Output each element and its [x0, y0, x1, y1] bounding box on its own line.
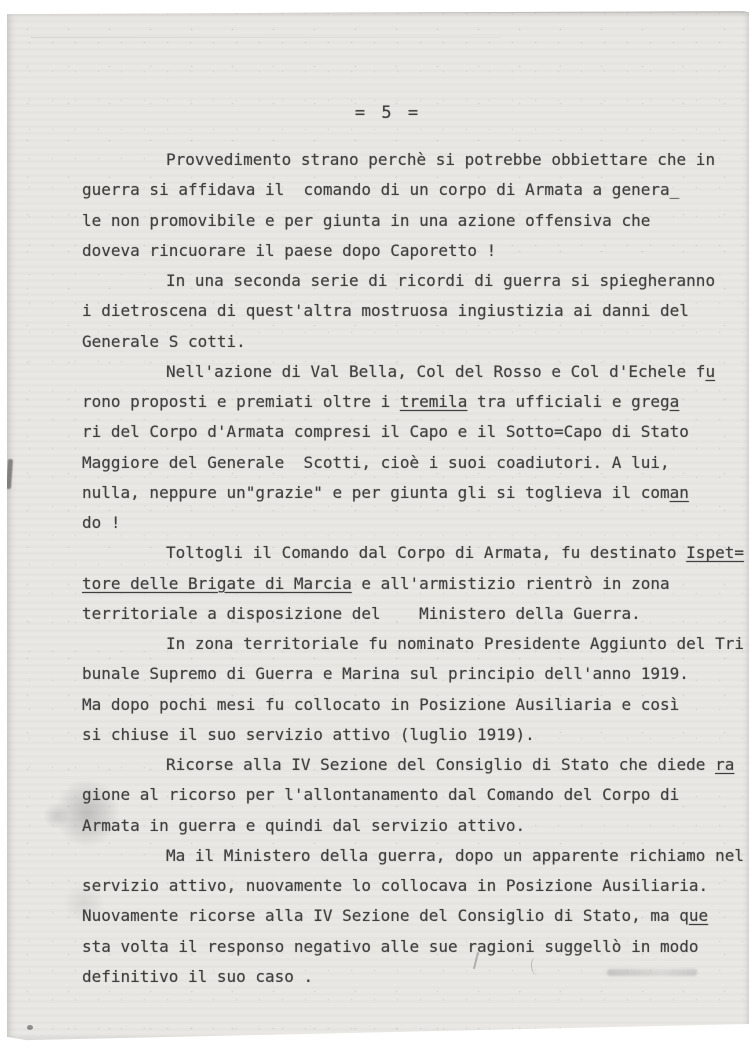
text-line: doveva rincuorare il paese dopo Caporett… — [82, 236, 737, 266]
page-edge-mark — [6, 459, 13, 489]
document-text: Provvedimento strano perchè si potrebbe … — [82, 145, 737, 992]
page-number: = 5 = — [7, 103, 749, 123]
paper-sheet: = 5 = Provvedimento strano perchè si pot… — [7, 11, 749, 1041]
text-line: tore delle Brigate di Marcia e all'armis… — [82, 569, 737, 599]
text-line: Generale S cotti. — [82, 327, 737, 357]
text-line: In zona territoriale fu nominato Preside… — [82, 629, 737, 659]
text-line: territoriale a disposizione del Minister… — [82, 599, 737, 629]
text-line: i dietroscena di quest'altra mostruosa i… — [82, 296, 737, 326]
ink-stain-small — [43, 803, 69, 829]
text-line: le non promovibile e per giunta in una a… — [82, 206, 737, 236]
text-line: servizio attivo, nuovamente lo collocava… — [82, 871, 737, 901]
text-line: ri del Corpo d'Armata compresi il Capo e… — [82, 417, 737, 447]
ink-dot — [27, 1025, 33, 1030]
text-line: Maggiore del Generale Scotti, cioè i suo… — [82, 448, 737, 478]
text-line: bunale Supremo di Guerra e Marina sul pr… — [82, 659, 737, 689]
text-line: sta volta il responso negativo alle sue … — [82, 932, 737, 962]
text-line: nulla, neppure un"grazie" e per giunta g… — [82, 478, 737, 508]
text-line: rono proposti e premiati oltre i tremila… — [82, 387, 737, 417]
text-line: Toltogli il Comando dal Corpo di Armata,… — [82, 538, 737, 568]
text-line: Ma dopo pochi mesi fu collocato in Posiz… — [82, 690, 737, 720]
text-line: Armata in guerra e quindi dal servizio a… — [82, 811, 737, 841]
text-line: si chiuse il suo servizio attivo (luglio… — [82, 720, 737, 750]
text-line: definitivo il suo caso . — [82, 962, 737, 992]
scanned-document-page: = 5 = Provvedimento strano perchè si pot… — [0, 0, 749, 1056]
scan-fold-line — [31, 37, 501, 38]
text-line: In una seconda serie di ricordi di guerr… — [82, 266, 737, 296]
text-line: Ma il Ministero della guerra, dopo un ap… — [82, 841, 737, 871]
text-line: Ricorse alla IV Sezione del Consiglio di… — [82, 750, 737, 780]
text-line: gione al ricorso per l'allontanamento da… — [82, 780, 737, 810]
text-line: Provvedimento strano perchè si potrebbe … — [82, 145, 737, 175]
text-line: do ! — [82, 508, 737, 538]
text-line: Nell'azione di Val Bella, Col del Rosso … — [82, 357, 737, 387]
text-line: guerra si affidava il comando di un corp… — [82, 175, 737, 205]
text-line: Nuovamente ricorse alla IV Sezione del C… — [82, 901, 737, 931]
